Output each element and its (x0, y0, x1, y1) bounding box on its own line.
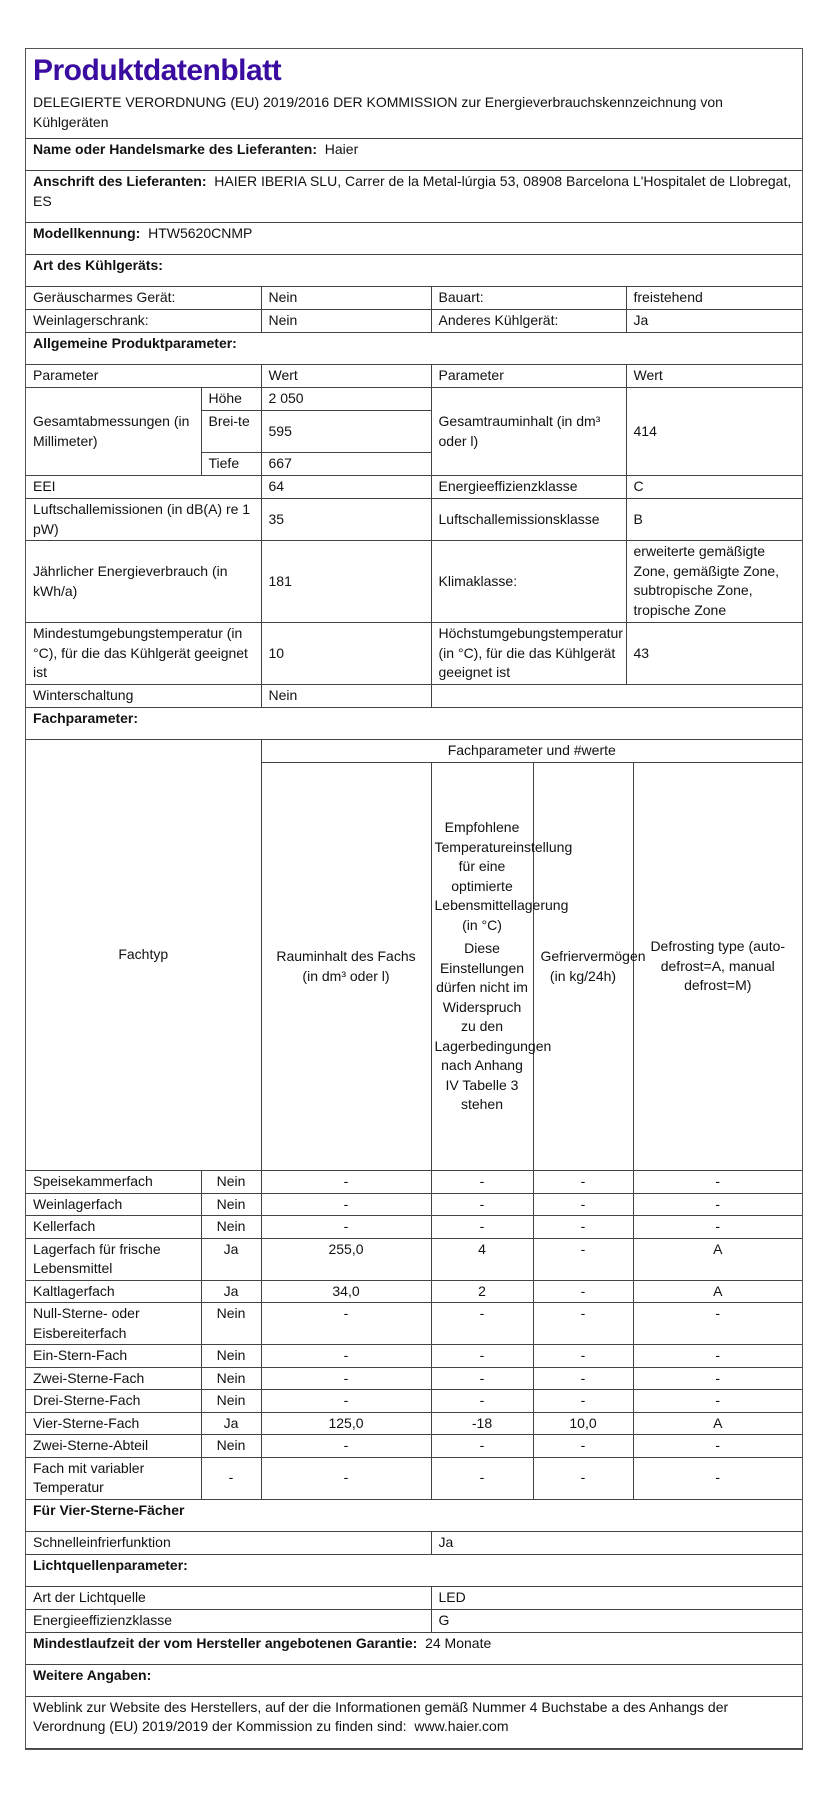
compartment-present: Nein (201, 1171, 261, 1194)
compartment-volume: - (261, 1171, 431, 1194)
compartment-defrost: - (633, 1171, 802, 1194)
table-row: SpeisekammerfachNein---- (26, 1171, 802, 1194)
light-class-label: Energieeffizienzklasse (26, 1609, 431, 1632)
width-value: 595 (261, 411, 431, 453)
depth-label: Tiefe (201, 453, 261, 476)
height-value: 2 050 (261, 388, 431, 411)
general-params-table: Parameter Wert Parameter Wert Gesamtabme… (26, 365, 802, 740)
col-header-volume: Rauminhalt des Fachs (in dm³ oder l) (261, 763, 431, 1171)
compartment-present: Nein (201, 1216, 261, 1239)
manufacturer-link[interactable]: www.haier.com (414, 1718, 508, 1734)
compartment-name: Ein-Stern-Fach (26, 1345, 201, 1368)
noise-class-value: B (626, 499, 802, 541)
winter-value: Nein (261, 685, 431, 708)
compartment-freeze: - (533, 1171, 633, 1194)
eei-label: EEI (26, 476, 261, 499)
empty-cell (431, 685, 802, 708)
supplier-label: Name oder Handelsmarke des Lieferanten: (33, 141, 317, 157)
compartment-temp: - (431, 1367, 533, 1390)
table-row: Zwei-Sterne-AbteilNein---- (26, 1435, 802, 1458)
compartment-defrost: - (633, 1435, 802, 1458)
noise-class-label: Luftschallemissionsklasse (431, 499, 626, 541)
table-row: Weinlagerschrank: Nein Anderes Kühlgerät… (26, 310, 802, 333)
footer-table: Für Vier-Sterne-Fächer Schnelleinfrierfu… (26, 1500, 802, 1749)
compartment-temp: - (431, 1216, 533, 1239)
width-label: Brei-te (201, 411, 261, 453)
table-row: Geräuscharmes Gerät: Nein Bauart: freist… (26, 287, 802, 310)
model-row: Modellkennung: HTW5620CNMP (26, 223, 802, 255)
compartment-freeze: 10,0 (533, 1412, 633, 1435)
total-volume-label: Gesamtrauminhalt (in dm³ oder l) (431, 388, 626, 476)
compartment-defrost: A (633, 1238, 802, 1280)
more-info-heading: Weitere Angaben: (26, 1664, 802, 1696)
max-temp-label: Höchstumgebungstemperatur (in °C), für d… (431, 623, 626, 685)
compartment-volume: - (261, 1457, 431, 1499)
compartments-heading: Fachparameter: (26, 708, 802, 740)
compartment-defrost: - (633, 1367, 802, 1390)
col-header-freeze: Gefriervermögen (in kg/24h) (533, 763, 633, 1171)
appliance-type-heading: Art des Kühlgeräts: (26, 255, 802, 287)
compartment-freeze: - (533, 1216, 633, 1239)
compartment-temp: - (431, 1345, 533, 1368)
regulation-text: DELEGIERTE VERORDNUNG (EU) 2019/2016 DER… (26, 93, 802, 138)
col-header-fachtyp: Fachtyp (26, 740, 261, 1171)
total-volume-value: 414 (626, 388, 802, 476)
compartment-volume: - (261, 1345, 431, 1368)
col-header-temp-note: Diese Einstellungen dürfen nicht im Wide… (435, 939, 530, 1115)
compartment-temp: - (431, 1390, 533, 1413)
table-row: Ein-Stern-FachNein---- (26, 1345, 802, 1368)
energy-class-value: C (626, 476, 802, 499)
compartment-freeze: - (533, 1367, 633, 1390)
compartment-freeze: - (533, 1280, 633, 1303)
compartment-name: Null-Sterne- oder Eisbereiterfach (26, 1303, 201, 1345)
compartment-temp: - (431, 1303, 533, 1345)
compartment-freeze: - (533, 1435, 633, 1458)
compartment-temp: 4 (431, 1238, 533, 1280)
address-label: Anschrift des Lieferanten: (33, 173, 206, 189)
compartment-defrost: - (633, 1457, 802, 1499)
annual-energy-label: Jährlicher Energieverbrauch (in kWh/a) (26, 541, 261, 623)
compartment-temp: - (431, 1435, 533, 1458)
product-data-sheet: Produktdatenblatt DELEGIERTE VERORDNUNG … (25, 48, 803, 1750)
min-temp-value: 10 (261, 623, 431, 685)
compartment-volume: - (261, 1390, 431, 1413)
max-temp-value: 43 (626, 623, 802, 685)
light-type-value: LED (431, 1586, 802, 1609)
col-header-parameter-2: Parameter (431, 365, 626, 388)
address-row: Anschrift des Lieferanten: HAIER IBERIA … (26, 171, 802, 223)
warranty-value: 24 Monate (425, 1635, 491, 1651)
table-row: Lagerfach für frische LebensmittelJa255,… (26, 1238, 802, 1280)
compartment-temp: - (431, 1457, 533, 1499)
compartment-freeze: - (533, 1345, 633, 1368)
compartment-name: Zwei-Sterne-Abteil (26, 1435, 201, 1458)
compartment-present: Ja (201, 1238, 261, 1280)
compartment-present: - (201, 1457, 261, 1499)
compartment-freeze: - (533, 1193, 633, 1216)
compartment-name: Weinlagerfach (26, 1193, 201, 1216)
compartment-freeze: - (533, 1303, 633, 1345)
warranty-row: Mindestlaufzeit der vom Hersteller angeb… (26, 1632, 802, 1664)
table-row: Fach mit variabler Temperatur----- (26, 1457, 802, 1499)
min-temp-label: Mindestumgebungstemperatur (in °C), für … (26, 623, 261, 685)
fast-freeze-label: Schnelleinfrierfunktion (26, 1531, 431, 1554)
value-wine-cabinet: Nein (261, 310, 431, 333)
compartment-present: Nein (201, 1367, 261, 1390)
dimensions-label: Gesamtabmessungen (in Millimeter) (26, 388, 201, 476)
model-label: Modellkennung: (33, 225, 140, 241)
fast-freeze-value: Ja (431, 1531, 802, 1554)
general-params-heading: Allgemeine Produktparameter: (26, 333, 802, 365)
compartment-temp: - (431, 1193, 533, 1216)
compartment-present: Nein (201, 1193, 261, 1216)
climate-class-value: erweiterte gemäßigte Zone, gemäßigte Zon… (626, 541, 802, 623)
value-design: freistehend (626, 287, 802, 310)
four-star-heading: Für Vier-Sterne-Fächer (26, 1500, 802, 1532)
compartment-freeze: - (533, 1390, 633, 1413)
group-header: Fachparameter und #werte (261, 740, 802, 763)
compartment-freeze: - (533, 1457, 633, 1499)
compartment-defrost: - (633, 1390, 802, 1413)
compartment-volume: - (261, 1303, 431, 1345)
value-low-noise: Nein (261, 287, 431, 310)
compartment-name: Fach mit variabler Temperatur (26, 1457, 201, 1499)
label-low-noise: Geräuscharmes Gerät: (26, 287, 261, 310)
compartment-volume: - (261, 1367, 431, 1390)
compartment-name: Kaltlagerfach (26, 1280, 201, 1303)
annual-energy-value: 181 (261, 541, 431, 623)
light-type-label: Art der Lichtquelle (26, 1586, 431, 1609)
appliance-type-table: Geräuscharmes Gerät: Nein Bauart: freist… (26, 287, 802, 365)
compartment-name: Speisekammerfach (26, 1171, 201, 1194)
col-header-value-2: Wert (626, 365, 802, 388)
winter-label: Winterschaltung (26, 685, 261, 708)
compartment-defrost: A (633, 1412, 802, 1435)
compartment-defrost: - (633, 1303, 802, 1345)
noise-label: Luftschallemissionen (in dB(A) re 1 pW) (26, 499, 261, 541)
compartment-volume: 34,0 (261, 1280, 431, 1303)
table-row: Drei-Sterne-FachNein---- (26, 1390, 802, 1413)
label-design: Bauart: (431, 287, 626, 310)
compartment-temp: 2 (431, 1280, 533, 1303)
col-header-temp-text: Empfohlene Temperatureinstellung für ein… (435, 818, 530, 935)
compartment-present: Nein (201, 1390, 261, 1413)
compartment-volume: - (261, 1193, 431, 1216)
compartment-present: Nein (201, 1435, 261, 1458)
depth-value: 667 (261, 453, 431, 476)
compartment-volume: - (261, 1216, 431, 1239)
compartment-name: Vier-Sterne-Fach (26, 1412, 201, 1435)
compartment-defrost: - (633, 1345, 802, 1368)
label-other-appliance: Anderes Kühlgerät: (431, 310, 626, 333)
compartment-defrost: - (633, 1216, 802, 1239)
compartment-temp: -18 (431, 1412, 533, 1435)
light-heading: Lichtquellenparameter: (26, 1554, 802, 1586)
compartment-present: Ja (201, 1412, 261, 1435)
compartment-volume: 125,0 (261, 1412, 431, 1435)
height-label: Höhe (201, 388, 261, 411)
supplier-value: Haier (325, 141, 358, 157)
table-row: KellerfachNein---- (26, 1216, 802, 1239)
energy-class-label: Energieeffizienzklasse (431, 476, 626, 499)
table-row: WeinlagerfachNein---- (26, 1193, 802, 1216)
header-table: Produktdatenblatt DELEGIERTE VERORDNUNG … (26, 49, 802, 287)
compartment-temp: - (431, 1171, 533, 1194)
compartment-name: Zwei-Sterne-Fach (26, 1367, 201, 1390)
col-header-value: Wert (261, 365, 431, 388)
page-title: Produktdatenblatt (26, 49, 802, 93)
table-row: Zwei-Sterne-FachNein---- (26, 1367, 802, 1390)
compartment-freeze: - (533, 1238, 633, 1280)
compartments-table: Fachtyp Fachparameter und #werte Rauminh… (26, 740, 802, 1500)
compartment-present: Ja (201, 1280, 261, 1303)
warranty-label: Mindestlaufzeit der vom Hersteller angeb… (33, 1635, 417, 1651)
compartment-defrost: A (633, 1280, 802, 1303)
col-header-defrost: Defrosting type (auto-defrost=A, manual … (633, 763, 802, 1171)
more-info-row: Weblink zur Website des Herstellers, auf… (26, 1696, 802, 1748)
compartment-defrost: - (633, 1193, 802, 1216)
col-header-temp: Empfohlene Temperatureinstellung für ein… (431, 763, 533, 1171)
value-other-appliance: Ja (626, 310, 802, 333)
light-class-value: G (431, 1609, 802, 1632)
noise-value: 35 (261, 499, 431, 541)
compartment-volume: 255,0 (261, 1238, 431, 1280)
model-value: HTW5620CNMP (148, 225, 252, 241)
compartment-present: Nein (201, 1345, 261, 1368)
col-header-parameter: Parameter (26, 365, 261, 388)
label-wine-cabinet: Weinlagerschrank: (26, 310, 261, 333)
more-info-text: Weblink zur Website des Herstellers, auf… (33, 1699, 728, 1735)
compartment-name: Kellerfach (26, 1216, 201, 1239)
table-row: Vier-Sterne-FachJa125,0-1810,0A (26, 1412, 802, 1435)
compartment-volume: - (261, 1435, 431, 1458)
table-row: KaltlagerfachJa34,02-A (26, 1280, 802, 1303)
compartment-name: Drei-Sterne-Fach (26, 1390, 201, 1413)
table-row: Null-Sterne- oder EisbereiterfachNein---… (26, 1303, 802, 1345)
eei-value: 64 (261, 476, 431, 499)
compartment-present: Nein (201, 1303, 261, 1345)
supplier-row: Name oder Handelsmarke des Lieferanten: … (26, 139, 802, 171)
climate-class-label: Klimaklasse: (431, 541, 626, 623)
compartment-name: Lagerfach für frische Lebensmittel (26, 1238, 201, 1280)
